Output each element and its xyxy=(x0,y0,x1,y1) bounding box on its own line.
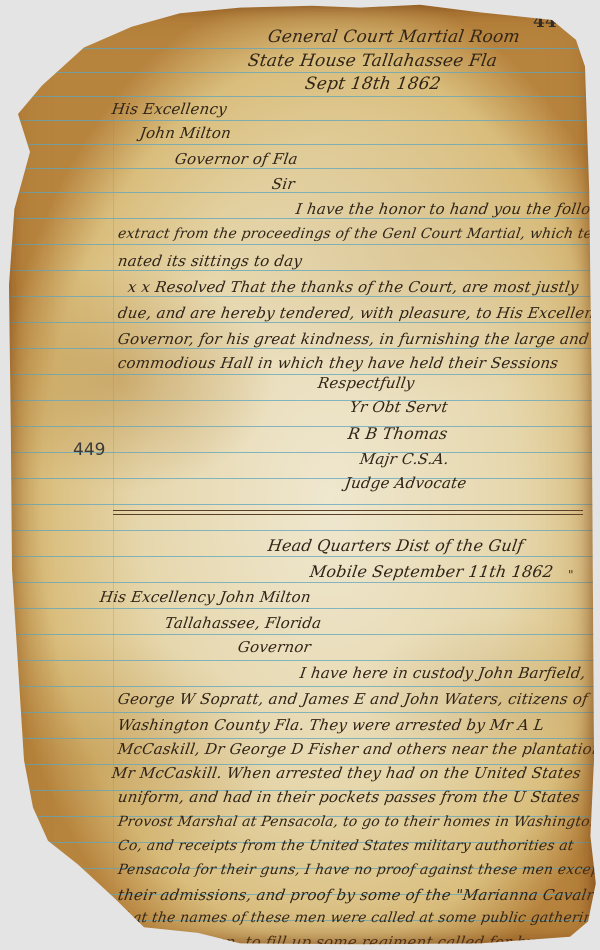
letter1-heading-line: State House Tallahassee Fla xyxy=(247,51,499,71)
letter1-salutation-line: John Milton xyxy=(139,124,233,142)
ruled-line xyxy=(0,296,600,297)
ruled-line xyxy=(0,712,600,713)
ruled-line xyxy=(0,244,600,245)
letter2-salutation-line: Governor xyxy=(237,638,313,656)
ruled-line xyxy=(0,374,600,375)
ditto-mark: " xyxy=(568,568,574,582)
letter1-salutation-line: His Excellency xyxy=(111,100,228,118)
letter2-salutation-line: His Excellency John Milton xyxy=(99,588,312,606)
letter1-body-line: due, and are hereby tendered, with pleas… xyxy=(117,304,600,322)
ruled-line xyxy=(0,270,600,271)
ruled-line xyxy=(0,504,600,505)
letter1-body-line: extract from the proceedings of the Genl… xyxy=(117,226,600,242)
letter2-body-line: their admissions, and proof by some of t… xyxy=(117,886,600,904)
letter1-date: Sept 18th 1862 xyxy=(304,74,443,94)
ruled-line xyxy=(0,168,600,169)
letter1-body-line: Governor, for his great kindness, in fur… xyxy=(117,330,590,348)
letter2-body-line: I have here in custody John Barfield, xyxy=(299,664,587,682)
ruled-line xyxy=(0,144,600,145)
ruled-line xyxy=(0,660,600,661)
ruled-line xyxy=(0,634,600,635)
ruled-line xyxy=(0,400,600,401)
margin-line xyxy=(113,0,114,950)
letter1-salutation-line: Governor of Fla xyxy=(174,150,299,168)
letter2-date: Mobile September 11th 1862 xyxy=(309,562,555,581)
ruled-line xyxy=(0,48,600,49)
letter1-body-line: nated its sittings to day xyxy=(117,252,304,270)
letter1-closing-line: Majr C.S.A. xyxy=(359,450,450,468)
letter1-signature: R B Thomas xyxy=(347,424,449,443)
ruled-line xyxy=(0,322,600,323)
letter2-heading-line: Head Quarters Dist of the Gulf xyxy=(267,536,525,555)
letter1-heading-line: General Court Martial Room xyxy=(267,27,522,47)
ruled-line xyxy=(0,556,600,557)
letter2-body-line: George W Sopratt, and James E and John W… xyxy=(117,690,589,708)
letter2-body-line: Pensacola for their guns, I have no proo… xyxy=(117,862,600,878)
letter2-body-line: Co, and receipts from the United States … xyxy=(117,838,575,854)
page-number: 447 xyxy=(533,12,569,32)
ruled-line xyxy=(0,426,600,427)
letter2-body-line: that the names of these men were called … xyxy=(117,910,600,926)
letter-divider xyxy=(113,510,583,515)
ruled-line xyxy=(0,218,600,219)
ruled-line xyxy=(0,478,600,479)
letter1-closing-line: Judge Advocate xyxy=(344,474,468,492)
letter2-body-line: as drafted men, to fill up some regiment… xyxy=(117,933,574,950)
burned-edge-overlay xyxy=(0,0,600,950)
letter2-body-line: Provost Marshal at Pensacola, to go to t… xyxy=(117,814,600,830)
ruled-line xyxy=(0,192,600,193)
letter1-body-line: x x Resolved That the thanks of the Cour… xyxy=(127,278,580,296)
ruled-line xyxy=(0,608,600,609)
letter2-body-line: Washington County Fla. They were arreste… xyxy=(117,716,546,734)
ruled-line xyxy=(0,72,600,73)
letter2-body-line: uniform, and had in their pockets passes… xyxy=(117,788,581,806)
letter2-body-line: Mr McCaskill. When arrested they had on … xyxy=(111,764,582,782)
letter2-body-line: McCaskill, Dr George D Fisher and others… xyxy=(117,740,600,758)
ruled-line xyxy=(0,96,600,97)
letter1-closing-line: Respectfully xyxy=(317,374,416,392)
ledger-number: 449 xyxy=(73,440,105,460)
letter1-body-line: commodious Hall in which they have held … xyxy=(117,354,560,372)
ruled-line xyxy=(0,120,600,121)
letter1-closing-line: Yr Obt Servt xyxy=(349,398,449,416)
ruled-line xyxy=(0,530,600,531)
letter2-salutation-line: Tallahassee, Florida xyxy=(164,614,323,632)
manuscript-page: 447 General Court Martial Room State Hou… xyxy=(0,0,600,950)
ruled-line xyxy=(0,348,600,349)
ruled-line xyxy=(0,686,600,687)
ruled-line xyxy=(0,582,600,583)
letter1-body-line: I have the honor to hand you the followi… xyxy=(295,200,600,218)
letter1-salutation-line: Sir xyxy=(271,175,296,193)
ruled-line xyxy=(0,738,600,739)
